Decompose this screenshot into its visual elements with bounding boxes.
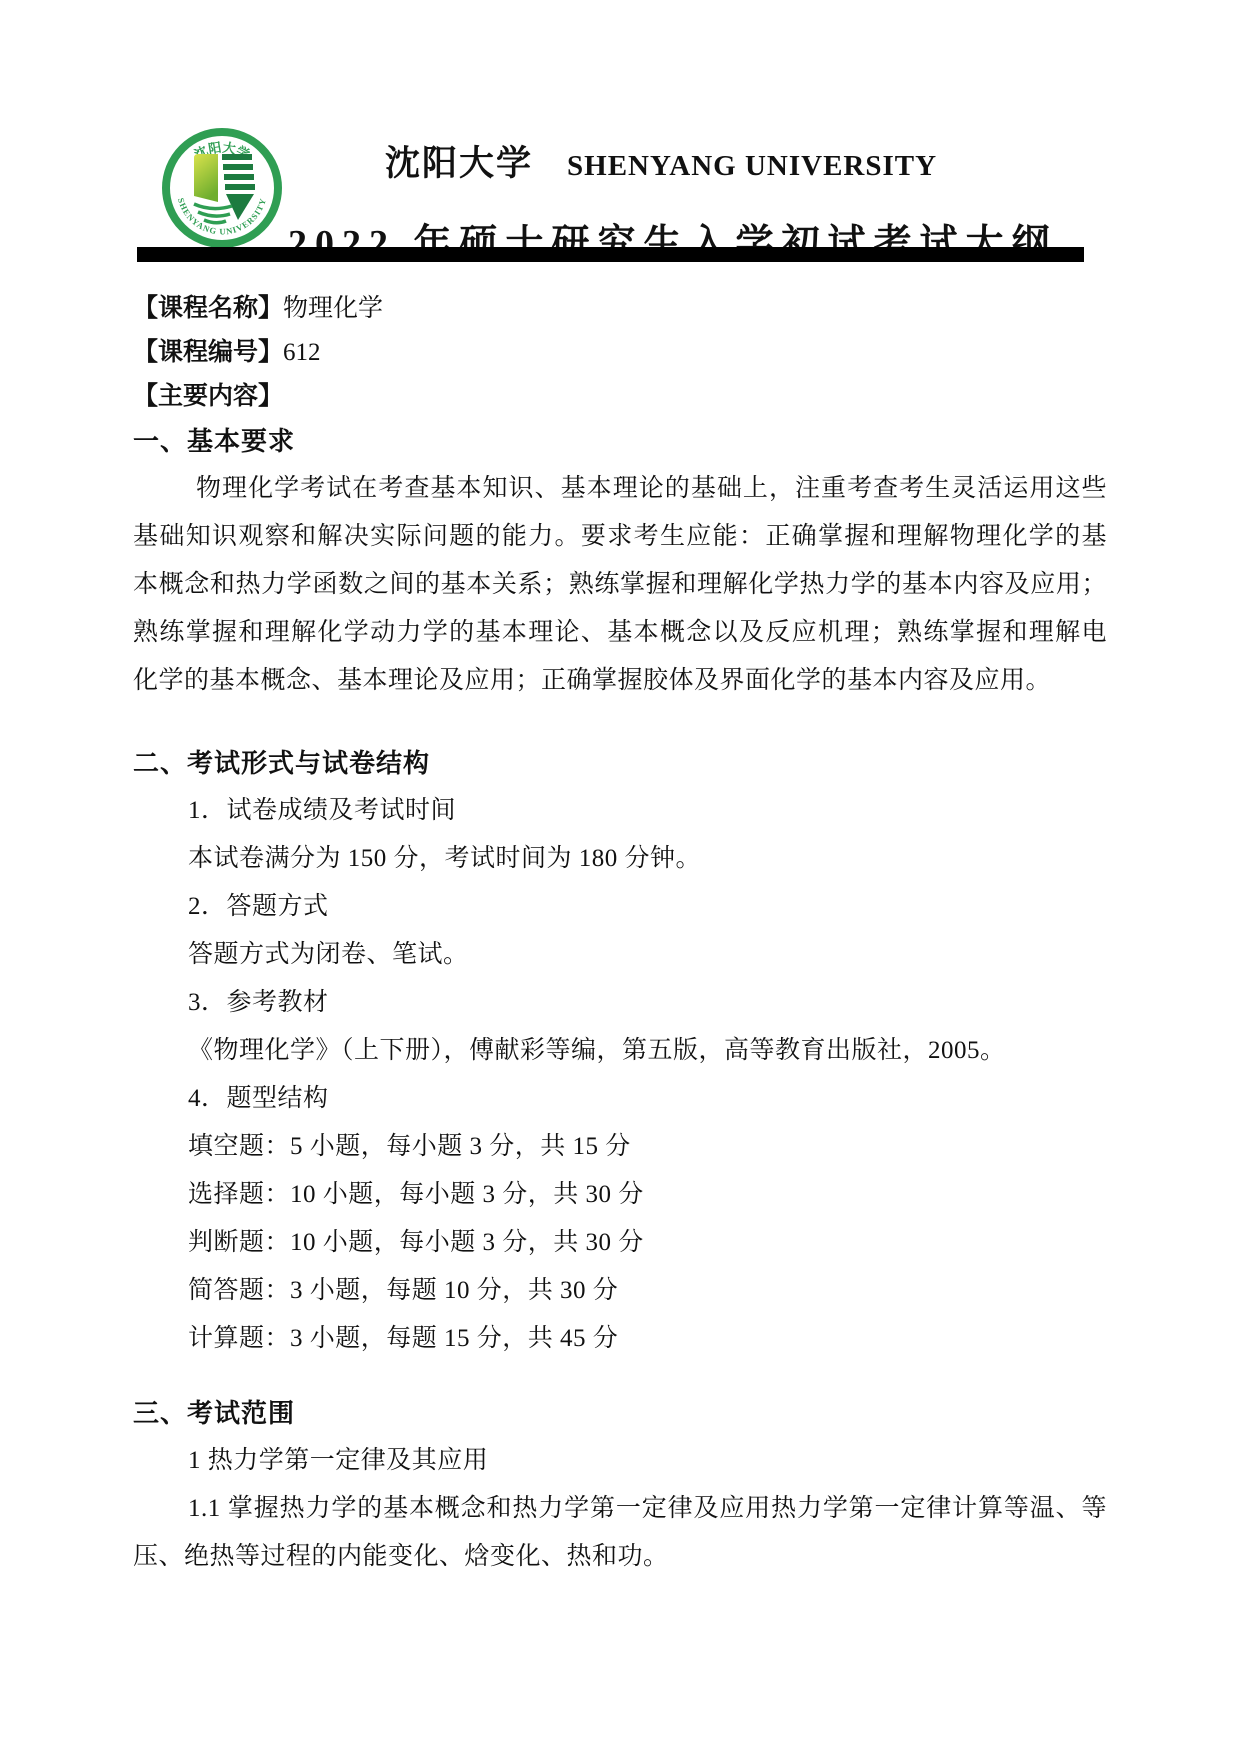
section2-item: 答题方式为闭卷、笔试。 xyxy=(133,931,1107,979)
course-code-label: 【课程编号】 xyxy=(133,339,283,366)
section3-heading: 三、考试范围 xyxy=(133,1391,1107,1437)
section3-item: 1 热力学第一定律及其应用 xyxy=(133,1437,1107,1485)
section2-item: 简答题：3 小题，每题 10 分，共 30 分 xyxy=(133,1267,1107,1315)
section2-item: 2．答题方式 xyxy=(133,883,1107,931)
university-name-en: SHENYANG UNIVERSITY xyxy=(567,150,937,183)
main-content-label: 【主要内容】 xyxy=(133,383,283,410)
section3-item: 1.1 掌握热力学的基本概念和热力学第一定律及应用热力学第一定律计算等温、等 xyxy=(133,1485,1107,1533)
section1-heading: 一、基本要求 xyxy=(133,419,1107,465)
course-code-line: 【课程编号】612 xyxy=(133,331,1107,375)
section2-item: 选择题：10 小题，每小题 3 分，共 30 分 xyxy=(133,1171,1107,1219)
course-code-value: 612 xyxy=(283,339,321,366)
section2-item: 填空题：5 小题，每小题 3 分，共 15 分 xyxy=(133,1123,1107,1171)
section2-heading: 二、考试形式与试卷结构 xyxy=(133,741,1107,787)
document-page: 沈阳大学 SHENYANG UNIVERSITY 沈阳大学 SHENYANG U… xyxy=(0,0,1240,1754)
section2-item: 计算题：3 小题，每题 15 分，共 45 分 xyxy=(133,1315,1107,1363)
document-body: 【课程名称】物理化学 【课程编号】612 【主要内容】 一、基本要求 物理化学考… xyxy=(133,287,1107,1581)
section2-item: 1．试卷成绩及考试时间 xyxy=(133,787,1107,835)
university-name-block: 沈阳大学 SHENYANG UNIVERSITY xyxy=(385,136,937,186)
header-rule xyxy=(137,247,1084,262)
section2-item: 4．题型结构 xyxy=(133,1075,1107,1123)
section1-line: 化学的基本概念、基本理论及应用；正确掌握胶体及界面化学的基本内容及应用。 xyxy=(133,657,1107,705)
section1-line: 熟练掌握和理解化学动力学的基本理论、基本概念以及反应机理；熟练掌握和理解电 xyxy=(133,609,1107,657)
section1-line: 物理化学考试在考查基本知识、基本理论的基础上，注重考查考生灵活运用这些 xyxy=(133,465,1107,513)
course-name-label: 【课程名称】 xyxy=(133,295,283,322)
section1-line: 本概念和热力学函数之间的基本关系；熟练掌握和理解化学热力学的基本内容及应用； xyxy=(133,561,1107,609)
section2-item: 判断题：10 小题，每小题 3 分，共 30 分 xyxy=(133,1219,1107,1267)
course-name-value: 物理化学 xyxy=(283,295,383,322)
main-content-line: 【主要内容】 xyxy=(133,375,1107,419)
section3-item: 压、绝热等过程的内能变化、焓变化、热和功。 xyxy=(133,1533,1107,1581)
section2-item: 3．参考教材 xyxy=(133,979,1107,1027)
section2-item: 本试卷满分为 150 分，考试时间为 180 分钟。 xyxy=(133,835,1107,883)
section2-item: 《物理化学》（上下册），傅献彩等编，第五版，高等教育出版社，2005。 xyxy=(133,1027,1107,1075)
course-name-line: 【课程名称】物理化学 xyxy=(133,287,1107,331)
university-name-cn: 沈阳大学 xyxy=(385,136,533,186)
university-logo-icon: 沈阳大学 SHENYANG UNIVERSITY xyxy=(160,126,284,250)
section1-line: 基础知识观察和解决实际问题的能力。要求考生应能：正确掌握和理解物理化学的基 xyxy=(133,513,1107,561)
